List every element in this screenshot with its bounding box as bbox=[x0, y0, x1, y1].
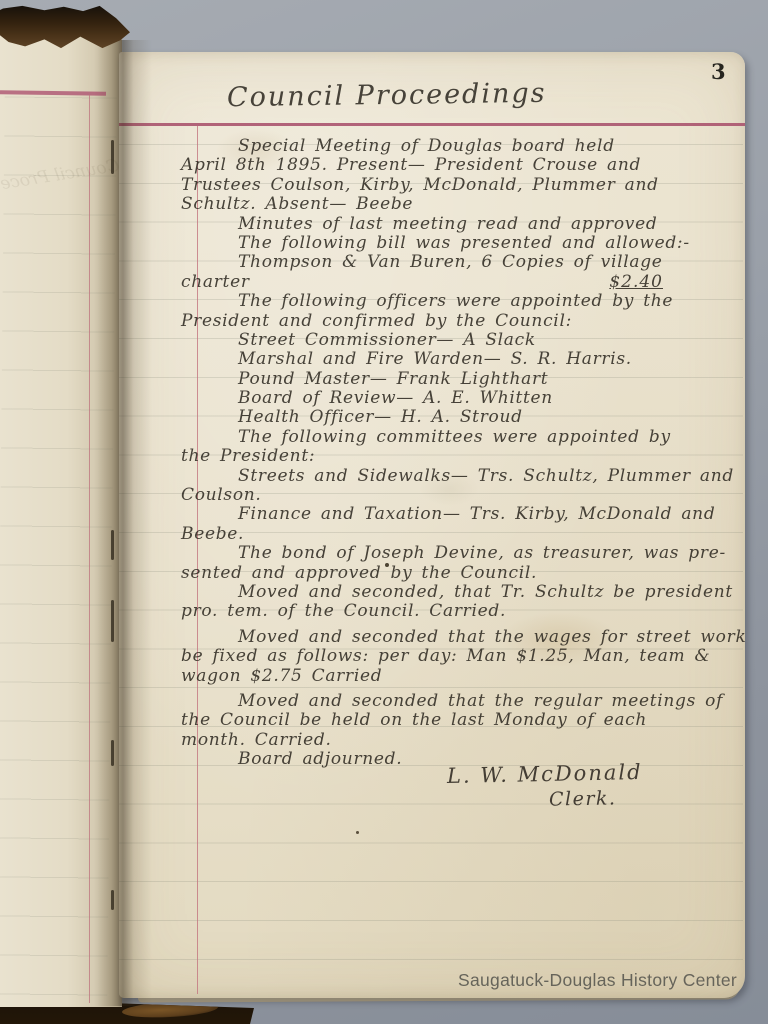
page-heading: Council Proceedings bbox=[227, 78, 547, 113]
page-number: 3 bbox=[711, 59, 726, 84]
bill-amount: $2.40 bbox=[609, 273, 663, 292]
manuscript-line: Finance and Taxation— Trs. Kirby, McDona… bbox=[181, 505, 735, 524]
manuscript-line: The bond of Joseph Devine, as treasurer,… bbox=[181, 544, 735, 563]
manuscript-line: April 8th 1895. Present— President Crous… bbox=[181, 156, 735, 175]
manuscript-line: pro. tem. of the Council. Carried. bbox=[181, 602, 735, 621]
manuscript-lines: Special Meeting of Douglas board heldApr… bbox=[181, 137, 735, 770]
manuscript-line: President and confirmed by the Council: bbox=[181, 312, 735, 331]
manuscript-line: The following bill was presented and all… bbox=[181, 234, 735, 253]
manuscript-line: charter$2.40 bbox=[181, 273, 735, 292]
manuscript-line: sented and approved by the Council. bbox=[181, 564, 735, 583]
watermark-credit: Saugatuck-Douglas History Center bbox=[458, 970, 737, 991]
manuscript-line: Board of Review— A. E. Whitten bbox=[181, 389, 735, 408]
manuscript-line: The following officers were appointed by… bbox=[181, 292, 735, 311]
manuscript-line: wagon $2.75 Carried bbox=[181, 667, 735, 686]
left-page: Council Proceedings bbox=[0, 25, 122, 1007]
manuscript-line: Pound Master— Frank Lighthart bbox=[181, 370, 735, 389]
manuscript-line: Trustees Coulson, Kirby, McDonald, Plumm… bbox=[181, 176, 735, 195]
manuscript-line: the President: bbox=[181, 447, 735, 466]
manuscript-line: Schultz. Absent— Beebe bbox=[181, 195, 735, 214]
left-page-head-rule bbox=[0, 90, 106, 95]
manuscript-line: month. Carried. bbox=[181, 731, 735, 750]
manuscript-line: Street Commissioner— A Slack bbox=[181, 331, 735, 350]
right-page: 3 Council Proceedings Special Meeting of… bbox=[119, 52, 745, 998]
manuscript-line: Moved and seconded that the wages for st… bbox=[181, 628, 735, 647]
manuscript-line: Moved and seconded, that Tr. Schultz be … bbox=[181, 583, 735, 602]
manuscript-line: Health Officer— H. A. Stroud bbox=[181, 408, 735, 427]
signature-title: Clerk. bbox=[549, 787, 617, 810]
manuscript-line: Coulson. bbox=[181, 486, 735, 505]
signature-name: L. W. McDonald bbox=[447, 760, 643, 788]
head-rule bbox=[119, 123, 745, 126]
manuscript-line: Streets and Sidewalks— Trs. Schultz, Plu… bbox=[181, 467, 735, 486]
manuscript-line: Beebe. bbox=[181, 525, 735, 544]
manuscript-line: Special Meeting of Douglas board held bbox=[181, 137, 735, 156]
manuscript-line: The following committees were appointed … bbox=[181, 428, 735, 447]
manuscript-line: be fixed as follows: per day: Man $1.25,… bbox=[181, 647, 735, 666]
manuscript-line: Thompson & Van Buren, 6 Copies of villag… bbox=[181, 253, 735, 272]
manuscript-line: Minutes of last meeting read and approve… bbox=[181, 215, 735, 234]
ledger-photo: Council Proceedings 3 Council Proceeding… bbox=[0, 0, 768, 1024]
book-spine-top-edge bbox=[0, 5, 130, 49]
manuscript-line: Moved and seconded that the regular meet… bbox=[181, 692, 735, 711]
left-page-margin-rule bbox=[89, 95, 90, 1003]
manuscript-line: Marshal and Fire Warden— S. R. Harris. bbox=[181, 350, 735, 369]
manuscript-line: the Council be held on the last Monday o… bbox=[181, 711, 735, 730]
left-page-ruled-lines bbox=[0, 96, 117, 997]
